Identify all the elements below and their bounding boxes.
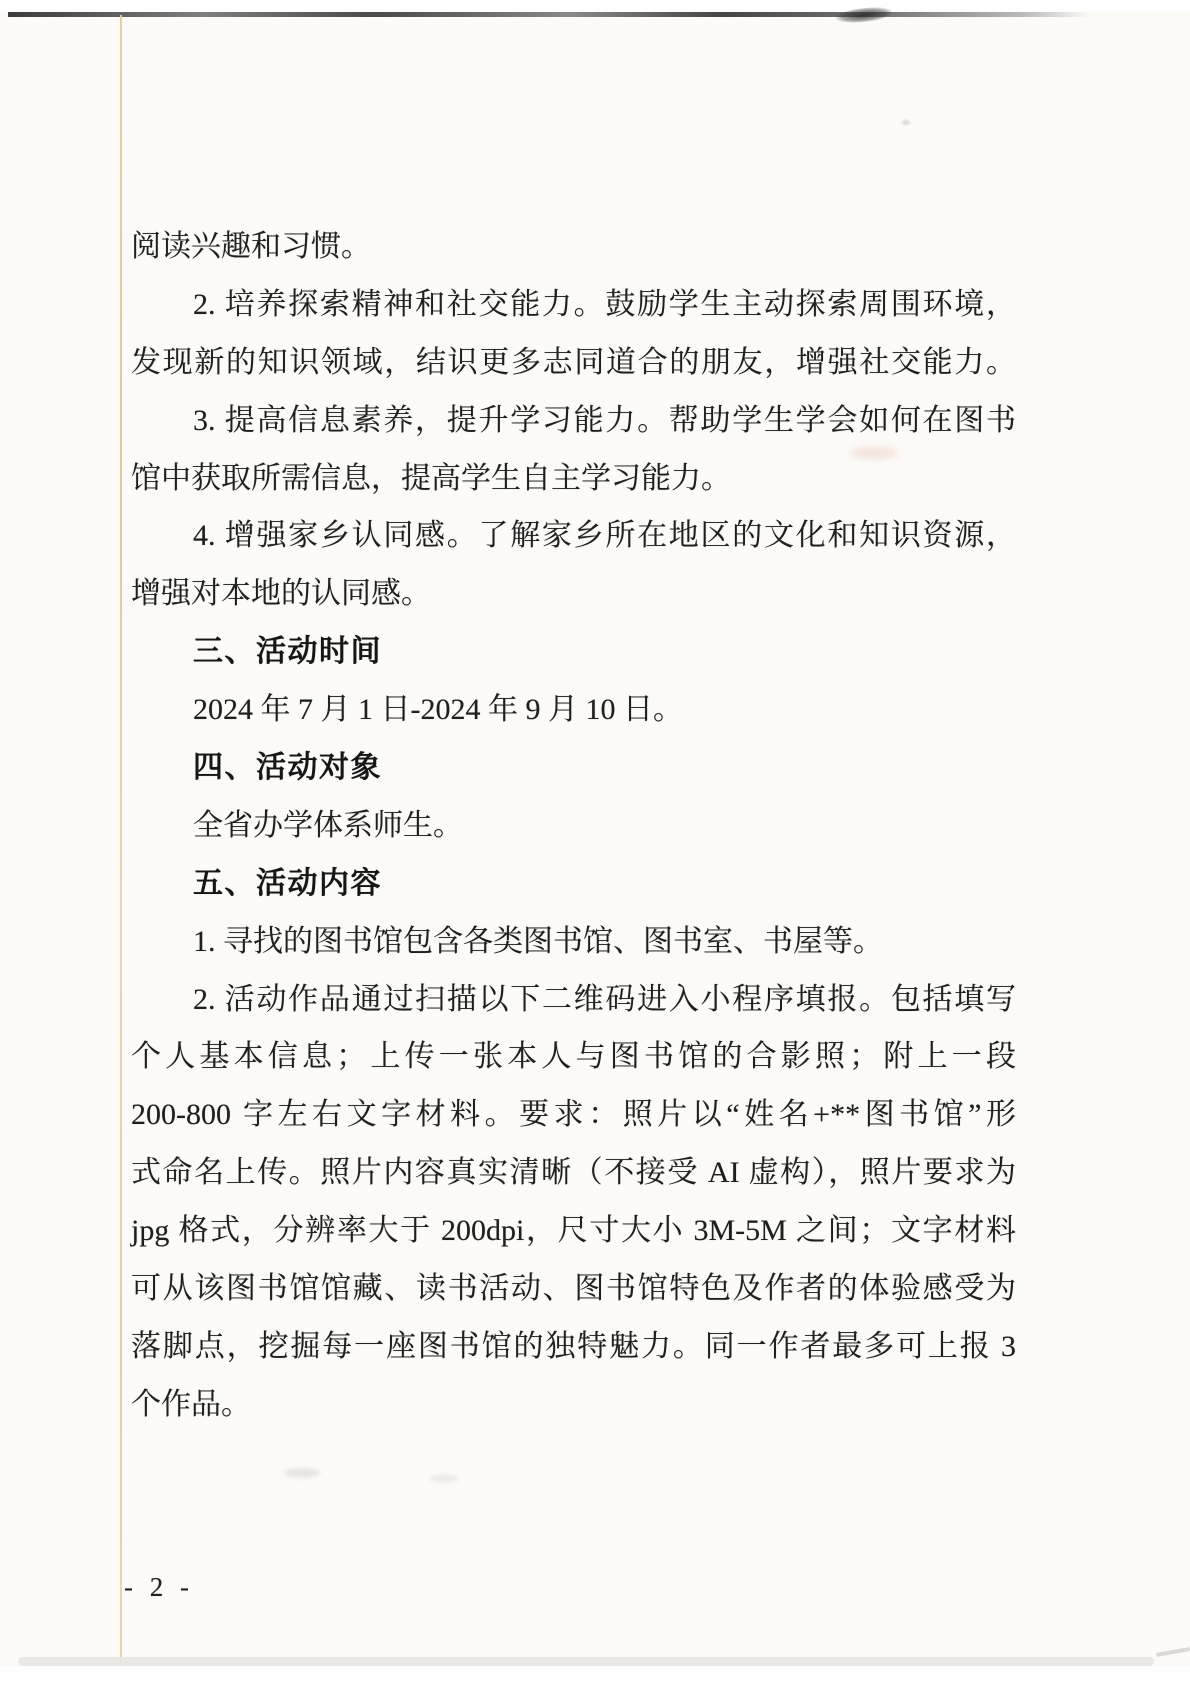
text-line: 落脚点，挖掘每一座图书馆的独特魅力。同一作者最多可上报 3	[131, 1318, 1016, 1376]
scan-smudge	[850, 446, 898, 460]
text-line: 200-800 字左右文字材料。要求：照片以“姓名+**图书馆”形	[131, 1086, 1016, 1144]
text-line: 式命名上传。照片内容真实清晰（不接受 AI 虚构），照片要求为	[131, 1144, 1016, 1202]
scan-bottom-edge	[18, 1657, 1154, 1666]
text-line: 1. 寻找的图书馆包含各类图书馆、图书室、书屋等。	[131, 913, 1016, 971]
section-heading: 五、活动内容	[131, 855, 1016, 913]
scan-bottom-tick	[1156, 1647, 1190, 1657]
text-line: 4. 增强家乡认同感。了解家乡所在地区的文化和知识资源，	[131, 507, 1016, 565]
text-line: 个作品。	[131, 1376, 1016, 1434]
page-number: - 2 -	[124, 1571, 194, 1603]
document-text-block: 阅读兴趣和习惯。2. 培养探索精神和社交能力。鼓励学生主动探索周围环境，发现新的…	[131, 218, 1016, 1434]
text-line: 2. 活动作品通过扫描以下二维码进入小程序填报。包括填写	[131, 971, 1016, 1029]
scan-background-bottom	[0, 1666, 1190, 1682]
section-heading: 四、活动对象	[131, 739, 1016, 797]
text-line: 可从该图书馆馆藏、读书活动、图书馆特色及作者的体验感受为	[131, 1260, 1016, 1318]
scan-top-edge-line	[8, 12, 1090, 17]
section-heading: 三、活动时间	[131, 623, 1016, 681]
text-line: 2. 培养探索精神和社交能力。鼓励学生主动探索周围环境，	[131, 276, 1016, 334]
text-line: 阅读兴趣和习惯。	[131, 218, 1016, 276]
text-line: 增强对本地的认同感。	[131, 565, 1016, 623]
text-line: 2024 年 7 月 1 日-2024 年 9 月 10 日。	[131, 681, 1016, 739]
scan-smudge	[902, 120, 910, 125]
scan-background-top	[0, 0, 1190, 12]
text-line: 3. 提高信息素养，提升学习能力。帮助学生学会如何在图书	[131, 392, 1016, 450]
text-line: 个人基本信息；上传一张本人与图书馆的合影照；附上一段	[131, 1028, 1016, 1086]
text-line: 全省办学体系师生。	[131, 797, 1016, 855]
text-line: 发现新的知识领域，结识更多志同道合的朋友，增强社交能力。	[131, 334, 1016, 392]
scan-smudge	[430, 1474, 458, 1483]
scan-smudge	[284, 1468, 320, 1478]
scanned-document-page: 阅读兴趣和习惯。2. 培养探索精神和社交能力。鼓励学生主动探索周围环境，发现新的…	[0, 0, 1190, 1682]
text-line: jpg 格式，分辨率大于 200dpi，尺寸大小 3M-5M 之间；文字材料	[131, 1202, 1016, 1260]
binding-margin-line	[120, 15, 122, 1667]
